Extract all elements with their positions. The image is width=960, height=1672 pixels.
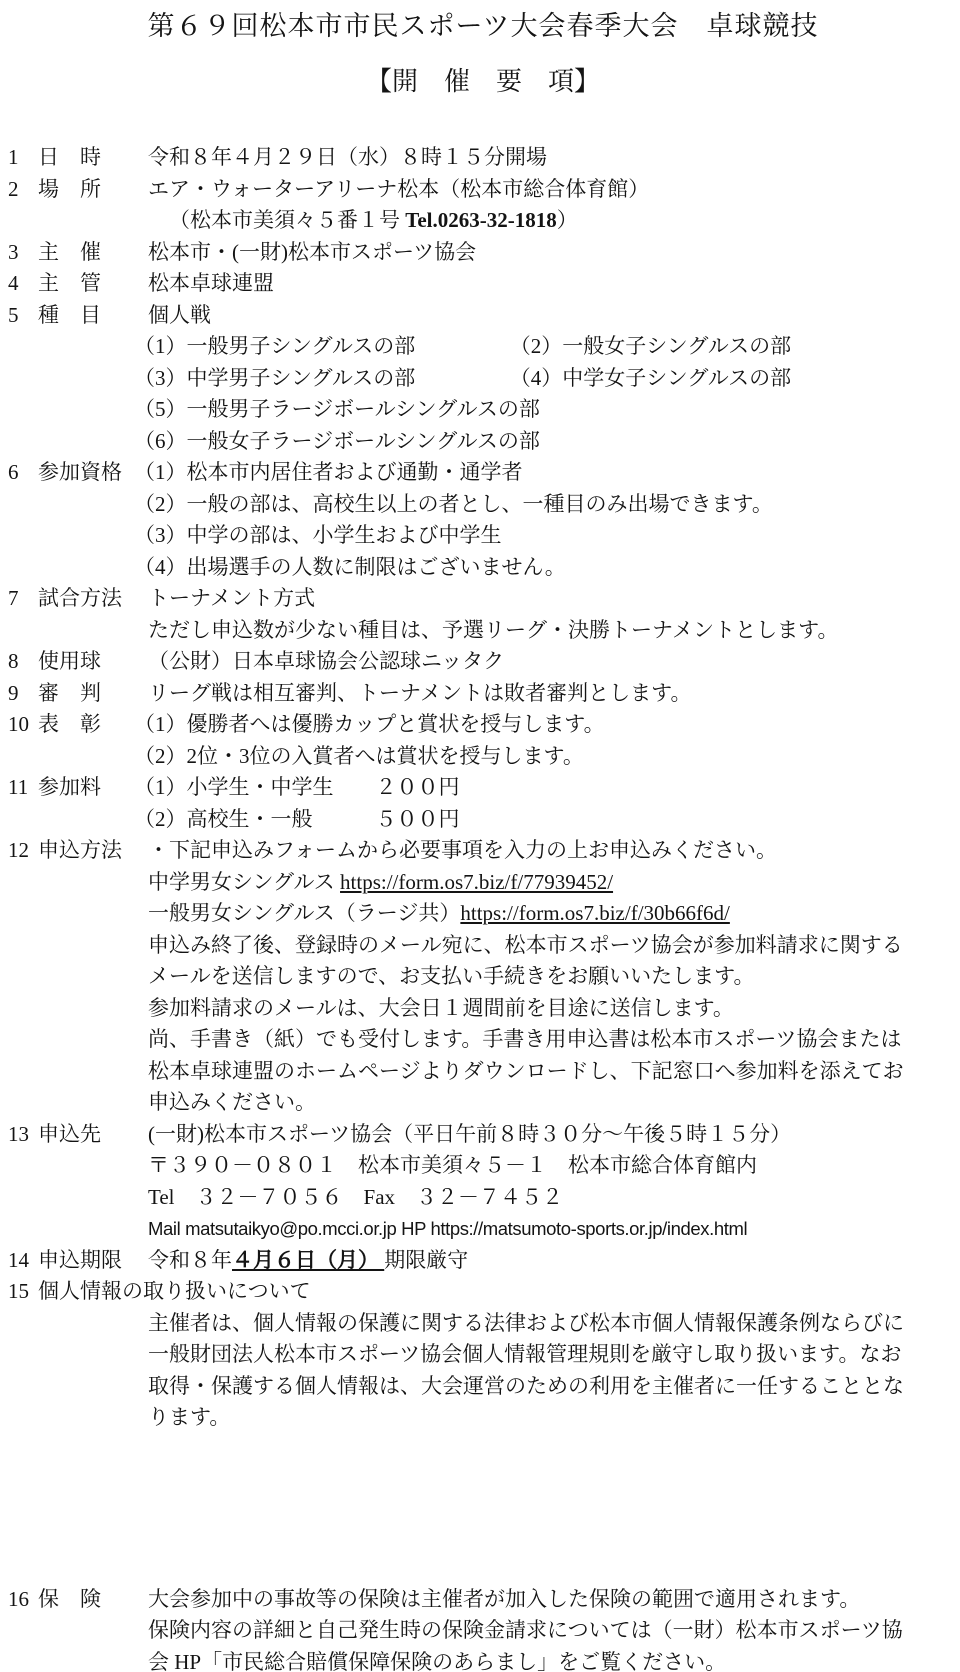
- item-number: 15: [6, 1276, 38, 1308]
- item-content: 令和８年４月６日（月） 期限厳守: [148, 1245, 914, 1277]
- item-content: 大会参加中の事故等の保険は主催者が加入した保険の範囲で適用されます。保険内容の詳…: [148, 1584, 914, 1672]
- item-label: 参加資格: [38, 457, 148, 489]
- item-content: 個人戦（1）一般男子シングルスの部 （2）一般女子シングルスの部（3）中学男子シ…: [148, 300, 914, 458]
- item-line: 〒３９０－０８０１ 松本市美須々５－１ 松本市総合体育館内: [148, 1150, 914, 1182]
- text-segment: 保険内容の詳細と自己発生時の保険金請求については（一財）松本市スポーツ協: [148, 1618, 903, 1642]
- text-segment: （2）一般の部は、高校生以上の者とし、一種目のみ出場できます。: [134, 492, 773, 516]
- item-label: 主 催: [38, 237, 148, 269]
- text-segment: 会 HP「市民総合賠償保障保険のあらまし」をご覧ください。: [148, 1650, 726, 1672]
- item-line: 申込みください。: [148, 1087, 914, 1119]
- item-content: 松本市・(一財)松本市スポーツ協会: [148, 237, 914, 269]
- item-row-12: 12申込方法・下記申込みフォームから必要事項を入力の上お申込みください。中学男女…: [6, 835, 960, 1119]
- text-segment: トーナメント方式: [148, 586, 315, 610]
- item-line: 一般財団法人松本市スポーツ協会個人情報管理規則を厳守し取り扱います。なお: [148, 1339, 914, 1371]
- text-segment: 〒３９０－０８０１ 松本市美須々５－１ 松本市総合体育館内: [148, 1153, 757, 1177]
- item-line: （公財）日本卓球協会公認球ニッタク: [148, 646, 914, 678]
- item-row-3: 3主 催松本市・(一財)松本市スポーツ協会: [6, 237, 960, 269]
- item-line: ります。: [148, 1402, 914, 1434]
- text-segment: 尚、手書き（紙）でも受付します。手書き用申込書は松本市スポーツ協会または: [148, 1027, 901, 1051]
- text-segment: （3）中学男子シングルスの部 （4）中学女子シングルスの部: [134, 366, 791, 390]
- text-segment: 中学男女シングルス: [148, 870, 340, 894]
- document-subtitle: 【開 催 要 項】: [6, 64, 960, 100]
- item-number: 1: [6, 142, 38, 174]
- item-line: （松本市美須々５番１号 Tel.0263-32-1818）: [169, 205, 914, 237]
- item-number: 5: [6, 300, 38, 332]
- item-line: 松本卓球連盟: [148, 268, 914, 300]
- item-line: 一般男女シングルス（ラージ共）https://form.os7.biz/f/30…: [148, 898, 914, 930]
- deadline-date: ４月６日（月）: [232, 1248, 384, 1272]
- text-segment: 取得・保護する個人情報は、大会運営のための利用を主催者に一任することとな: [148, 1374, 904, 1398]
- chugaku-singles-form-link[interactable]: https://form.os7.biz/f/77939452/: [340, 870, 613, 894]
- item-content: （1）優勝者へは優勝カップと賞状を授与します。（2）2位・3位の入賞者へは賞状を…: [148, 709, 914, 772]
- item-row-16: 16保 険大会参加中の事故等の保険は主催者が加入した保険の範囲で適用されます。保…: [6, 1584, 960, 1672]
- text-segment: 令和８年４月２９日（水）８時１５分開場: [148, 145, 547, 169]
- item-content: （公財）日本卓球協会公認球ニッタク: [148, 646, 914, 678]
- item-label: 種 目: [38, 300, 148, 332]
- item-label: 日 時: [38, 142, 148, 174]
- item-number: 7: [6, 583, 38, 615]
- text-segment: （松本市美須々５番１号: [169, 208, 405, 232]
- item-line: 会 HP「市民総合賠償保障保険のあらまし」をご覧ください。: [148, 1647, 914, 1672]
- text-segment: （3）中学の部は、小学生および中学生: [134, 523, 502, 547]
- document-page: 第６９回松本市市民スポーツ大会春季大会 卓球競技 【開 催 要 項】 1日 時令…: [0, 0, 960, 1672]
- text-segment: 主催者は、個人情報の保護に関する法律および松本市個人情報保護条例ならびに: [148, 1311, 904, 1335]
- item-label: 申込期限: [38, 1245, 148, 1277]
- item-line: 個人戦: [148, 300, 914, 332]
- item-number: 4: [6, 268, 38, 300]
- text-segment: ・下記申込みフォームから必要事項を入力の上お申込みください。: [148, 838, 777, 862]
- item-line: 申込み終了後、登録時のメール宛に、松本市スポーツ協会が参加料請求に関する: [148, 930, 914, 962]
- text-segment: 松本市・(一財)松本市スポーツ協会: [148, 240, 476, 264]
- item-line: トーナメント方式: [148, 583, 914, 615]
- document-title: 第６９回松本市市民スポーツ大会春季大会 卓球競技: [6, 6, 960, 46]
- item-content: 令和８年４月２９日（水）８時１５分開場: [148, 142, 914, 174]
- item-line: Mail matsutaikyo@po.mcci.or.jp HP https:…: [148, 1213, 914, 1245]
- text-segment: ります。: [148, 1405, 230, 1429]
- item-line: 取得・保護する個人情報は、大会運営のための利用を主催者に一任することとな: [148, 1371, 914, 1403]
- item-label: 申込先: [38, 1119, 148, 1151]
- items-list: 1日 時令和８年４月２９日（水）８時１５分開場2場 所エア・ウォーターアリーナ松…: [6, 142, 960, 1672]
- item-label: 個人情報の取り扱いについて: [38, 1276, 148, 1308]
- text-segment: （6）一般女子ラージボールシングルスの部: [134, 429, 540, 453]
- text-segment: 松本卓球連盟: [148, 271, 274, 295]
- item-line: Tel ３２－７０５６ Fax ３２－７４５２: [148, 1182, 914, 1214]
- ippan-singles-form-link[interactable]: https://form.os7.biz/f/30b66f6d/: [460, 901, 729, 925]
- item-label: 参加料: [38, 772, 148, 804]
- item-content: 主催者は、個人情報の保護に関する法律および松本市個人情報保護条例ならびに一般財団…: [148, 1276, 914, 1434]
- item-line: ・下記申込みフォームから必要事項を入力の上お申込みください。: [148, 835, 914, 867]
- item-content: （1）小学生・中学生 ２００円（2）高校生・一般 ５００円: [148, 772, 914, 835]
- item-label: 主 管: [38, 268, 148, 300]
- text-segment: 参加料請求のメールは、大会日１週間前を目途に送信します。: [148, 996, 734, 1020]
- item-row-6: 6参加資格（1）松本市内居住者および通勤・通学者（2）一般の部は、高校生以上の者…: [6, 457, 960, 583]
- text-segment: Mail: [148, 1218, 185, 1239]
- item-line: （2）一般の部は、高校生以上の者とし、一種目のみ出場できます。: [134, 489, 914, 521]
- item-line: (一財)松本市スポーツ協会（平日午前８時３０分～午後５時１５分）: [148, 1119, 914, 1151]
- item-line: 令和８年４月２９日（水）８時１５分開場: [148, 142, 914, 174]
- item-number: 3: [6, 237, 38, 269]
- item-row-15: 15個人情報の取り扱いについて主催者は、個人情報の保護に関する法律および松本市個…: [6, 1276, 960, 1434]
- text-segment: 期限厳守: [384, 1248, 468, 1272]
- item-number: 13: [6, 1119, 38, 1151]
- item-number: 2: [6, 174, 38, 206]
- item-line: （1）優勝者へは優勝カップと賞状を授与します。: [134, 709, 914, 741]
- item-label: 申込方法: [38, 835, 148, 867]
- text-segment: エア・ウォーターアリーナ松本（松本市総合体育館）: [148, 177, 649, 201]
- text-segment: 松本卓球連盟のホームページよりダウンロードし、下記窓口へ参加料を添えてお: [148, 1059, 904, 1083]
- item-line: 主催者は、個人情報の保護に関する法律および松本市個人情報保護条例ならびに: [148, 1308, 914, 1340]
- text-segment: 一般財団法人松本市スポーツ協会個人情報管理規則を厳守し取り扱います。なお: [148, 1342, 901, 1366]
- item-label: 保 険: [38, 1584, 148, 1616]
- spacer-line: [148, 1276, 914, 1308]
- text-segment: ただし申込数が少ない種目は、予選リーグ・決勝トーナメントとします。: [148, 618, 838, 642]
- item-row-1: 1日 時令和８年４月２９日（水）８時１５分開場: [6, 142, 960, 174]
- item-content: エア・ウォーターアリーナ松本（松本市総合体育館）（松本市美須々５番１号 Tel.…: [148, 174, 914, 237]
- item-line: 大会参加中の事故等の保険は主催者が加入した保険の範囲で適用されます。: [148, 1584, 914, 1616]
- item-line: （1）松本市内居住者および通勤・通学者: [134, 457, 914, 489]
- item-line: （5）一般男子ラージボールシングルスの部: [134, 394, 914, 426]
- text-segment: 大会参加中の事故等の保険は主催者が加入した保険の範囲で適用されます。: [148, 1587, 860, 1611]
- item-row-13: 13申込先(一財)松本市スポーツ協会（平日午前８時３０分～午後５時１５分）〒３９…: [6, 1119, 960, 1245]
- item-line: リーグ戦は相互審判、トーナメントは敗者審判とします。: [148, 678, 914, 710]
- item-line: （6）一般女子ラージボールシングルスの部: [134, 426, 914, 458]
- text-segment: 申込み終了後、登録時のメール宛に、松本市スポーツ協会が参加料請求に関する: [148, 933, 903, 957]
- item-row-5: 5種 目個人戦（1）一般男子シングルスの部 （2）一般女子シングルスの部（3）中…: [6, 300, 960, 458]
- item-row-14: 14申込期限令和８年４月６日（月） 期限厳守: [6, 1245, 960, 1277]
- venue-phone: Tel.0263-32-1818: [405, 208, 556, 232]
- text-segment: 一般男女シングルス（ラージ共）: [148, 901, 460, 925]
- item-content: リーグ戦は相互審判、トーナメントは敗者審判とします。: [148, 678, 914, 710]
- item-line: （4）出場選手の人数に制限はございません。: [134, 552, 914, 584]
- hp-link[interactable]: https://matsumoto-sports.or.jp/index.htm…: [430, 1218, 747, 1239]
- item-row-10: 10表 彰（1）優勝者へは優勝カップと賞状を授与します。（2）2位・3位の入賞者…: [6, 709, 960, 772]
- item-line: 松本卓球連盟のホームページよりダウンロードし、下記窓口へ参加料を添えてお: [148, 1056, 914, 1088]
- text-segment: 申込みください。: [148, 1090, 316, 1114]
- text-segment: リーグ戦は相互審判、トーナメントは敗者審判とします。: [148, 681, 691, 705]
- item-label: 場 所: [38, 174, 148, 206]
- item-label: 試合方法: [38, 583, 148, 615]
- item-label: 使用球: [38, 646, 148, 678]
- item-line: エア・ウォーターアリーナ松本（松本市総合体育館）: [148, 174, 914, 206]
- text-segment: 令和８年: [148, 1248, 232, 1272]
- text-segment: Tel ３２－７０５６ Fax ３２－７４５２: [148, 1185, 563, 1209]
- text-segment: （1）小学生・中学生 ２００円: [134, 775, 460, 799]
- mail-address[interactable]: matsutaikyo@po.mcci.or.jp: [185, 1218, 396, 1239]
- item-number: 11: [6, 772, 38, 804]
- item-label: 表 彰: [38, 709, 148, 741]
- text-segment: （1）松本市内居住者および通勤・通学者: [134, 460, 523, 484]
- item-content: 松本卓球連盟: [148, 268, 914, 300]
- item-line: （1）小学生・中学生 ２００円: [134, 772, 914, 804]
- text-segment: （1）優勝者へは優勝カップと賞状を授与します。: [134, 712, 605, 736]
- text-segment: (一財)松本市スポーツ協会（平日午前８時３０分～午後５時１５分）: [148, 1122, 791, 1146]
- item-line: メールを送信しますので、お支払い手続きをお願いいたします。: [148, 961, 914, 993]
- item-line: 保険内容の詳細と自己発生時の保険金請求については（一財）松本市スポーツ協: [148, 1615, 914, 1647]
- item-line: （3）中学の部は、小学生および中学生: [134, 520, 914, 552]
- item-line: 参加料請求のメールは、大会日１週間前を目途に送信します。: [148, 993, 914, 1025]
- item-line: （2）高校生・一般 ５００円: [134, 804, 914, 836]
- item-label: 審 判: [38, 678, 148, 710]
- item-number: 10: [6, 709, 38, 741]
- item-line: （3）中学男子シングルスの部 （4）中学女子シングルスの部: [134, 363, 914, 395]
- text-segment: メールを送信しますので、お支払い手続きをお願いいたします。: [148, 964, 754, 988]
- item-content: （1）松本市内居住者および通勤・通学者（2）一般の部は、高校生以上の者とし、一種…: [148, 457, 914, 583]
- text-segment: ）: [557, 208, 578, 232]
- item-content: トーナメント方式ただし申込数が少ない種目は、予選リーグ・決勝トーナメントとします…: [148, 583, 914, 646]
- item-line: 尚、手書き（紙）でも受付します。手書き用申込書は松本市スポーツ協会または: [148, 1024, 914, 1056]
- item-number: 9: [6, 678, 38, 710]
- item-line: 中学男女シングルス https://form.os7.biz/f/7793945…: [148, 867, 914, 899]
- text-segment: 個人戦: [148, 303, 211, 327]
- item-content: ・下記申込みフォームから必要事項を入力の上お申込みください。中学男女シングルス …: [148, 835, 914, 1119]
- item-number: 12: [6, 835, 38, 867]
- text-segment: （公財）日本卓球協会公認球ニッタク: [148, 649, 504, 673]
- text-segment: （2）2位・3位の入賞者へは賞状を授与します。: [134, 744, 584, 768]
- text-segment: （2）高校生・一般 ５００円: [134, 807, 460, 831]
- item-number: 6: [6, 457, 38, 489]
- item-number: 16: [6, 1584, 38, 1616]
- item-line: 松本市・(一財)松本市スポーツ協会: [148, 237, 914, 269]
- item-content: (一財)松本市スポーツ協会（平日午前８時３０分～午後５時１５分）〒３９０－０８０…: [148, 1119, 914, 1245]
- item-line: ただし申込数が少ない種目は、予選リーグ・決勝トーナメントとします。: [148, 615, 914, 647]
- text-segment: （5）一般男子ラージボールシングルスの部: [134, 397, 540, 421]
- item-row-7: 7試合方法トーナメント方式ただし申込数が少ない種目は、予選リーグ・決勝トーナメン…: [6, 583, 960, 646]
- text-segment: （4）出場選手の人数に制限はございません。: [134, 555, 566, 579]
- item-row-8: 8使用球（公財）日本卓球協会公認球ニッタク: [6, 646, 960, 678]
- item-line: （1）一般男子シングルスの部 （2）一般女子シングルスの部: [134, 331, 914, 363]
- item-row-9: 9審 判リーグ戦は相互審判、トーナメントは敗者審判とします。: [6, 678, 960, 710]
- text-segment: HP: [396, 1218, 430, 1239]
- item-line: 令和８年４月６日（月） 期限厳守: [148, 1245, 914, 1277]
- item-row-4: 4主 管松本卓球連盟: [6, 268, 960, 300]
- item-row-11: 11参加料（1）小学生・中学生 ２００円（2）高校生・一般 ５００円: [6, 772, 960, 835]
- item-line: （2）2位・3位の入賞者へは賞状を授与します。: [134, 741, 914, 773]
- item-number: 14: [6, 1245, 38, 1277]
- item-number: 8: [6, 646, 38, 678]
- item-row-2: 2場 所エア・ウォーターアリーナ松本（松本市総合体育館）（松本市美須々５番１号 …: [6, 174, 960, 237]
- text-segment: （1）一般男子シングルスの部 （2）一般女子シングルスの部: [134, 334, 791, 358]
